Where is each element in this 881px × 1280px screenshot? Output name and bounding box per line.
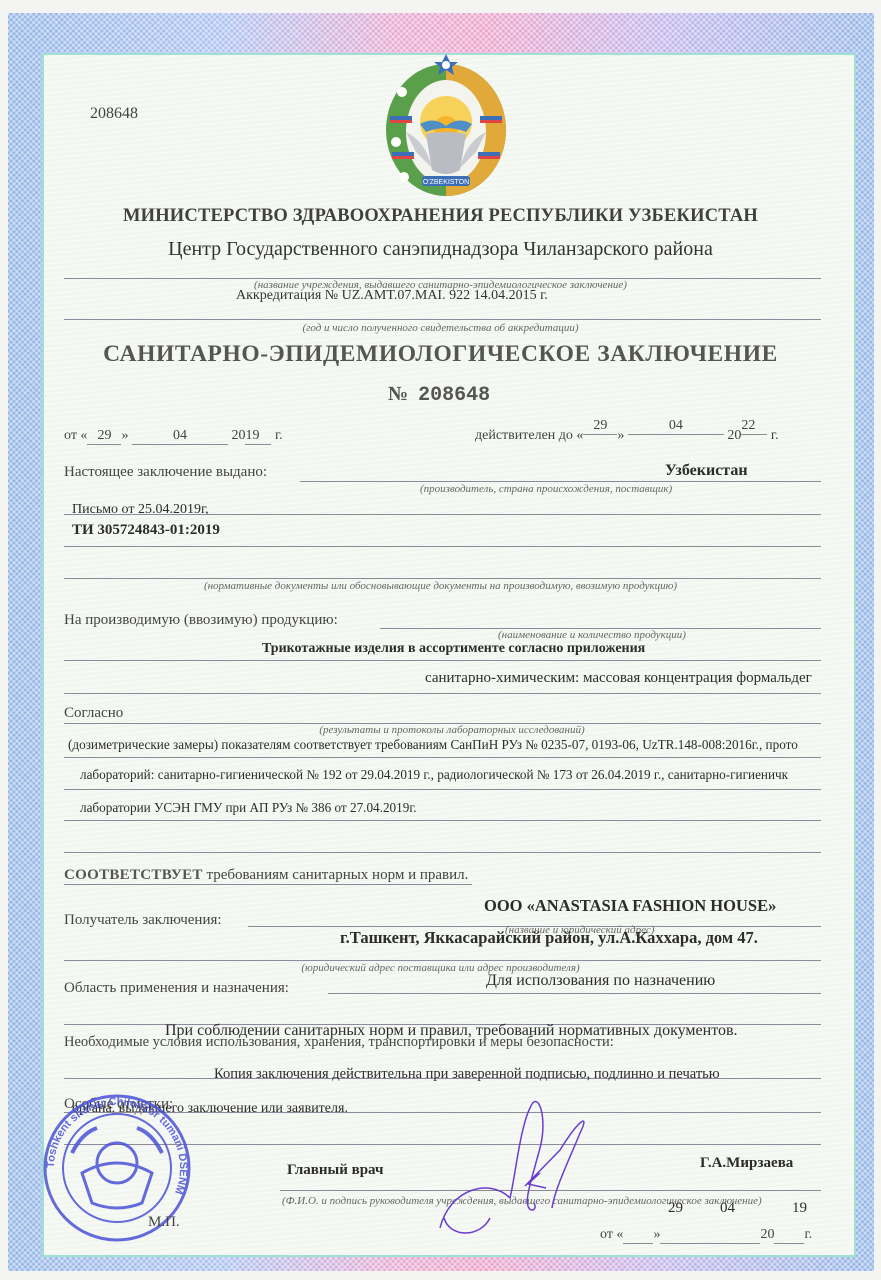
accreditation: Аккредитация № UZ.AMT.07.MAI. 922 14.04.… xyxy=(236,288,548,304)
conformity-bold: СООТВЕТСТВУЕТ xyxy=(64,867,203,883)
issue-date-mid: » xyxy=(121,428,128,443)
handwritten-signature-icon xyxy=(430,1088,610,1238)
recipient-address-underline xyxy=(64,960,821,961)
valid-until-label: действителен до « xyxy=(475,428,583,443)
copy-note: Копия заключения действительна при завер… xyxy=(214,1066,720,1083)
product-value-underline xyxy=(64,660,821,661)
issued-to-label: Настоящее заключение выдано: xyxy=(64,464,267,481)
issue-day: 29 xyxy=(87,428,121,445)
sign-date-mid: » xyxy=(653,1227,660,1242)
sign-date-line: от « » 20 г. xyxy=(600,1227,812,1244)
issue-year-prefix: 20 xyxy=(231,428,245,443)
valid-day: 29 xyxy=(583,418,617,435)
lab-underline-0 xyxy=(64,693,821,694)
lab-line-0: санитарно-химическим: массовая концентра… xyxy=(425,670,812,687)
signatory-name: Г.А.Мирзаева xyxy=(700,1155,793,1172)
lab-line-4: лаборатории УСЭН ГМУ при АП РУз № 386 от… xyxy=(80,800,417,816)
issued-to-value: Узбекистан xyxy=(665,462,748,480)
issue-date: от «29» 04 2019 г. xyxy=(64,428,283,445)
institution-name: Центр Государственного санэпиднадзора Чи… xyxy=(0,238,881,261)
accreditation-underline xyxy=(64,319,821,320)
recipient-name: ООО «ANASTASIA FASHION HOUSE» xyxy=(484,896,776,916)
lab-printed-label: Согласно xyxy=(64,705,123,722)
svg-text:O'ZBEKISTON: O'ZBEKISTON xyxy=(423,179,469,186)
basis-line-2: ТИ 305724843-01:2019 xyxy=(72,522,220,539)
basis-underline-3 xyxy=(64,578,821,579)
ministry-title: МИНИСТЕРСТВО ЗДРАВООХРАНЕНИЯ РЕСПУБЛИКИ … xyxy=(0,206,881,227)
sign-date-year-prefix: 20 xyxy=(760,1227,774,1242)
stamp-place-label: М.П. xyxy=(148,1214,180,1231)
lab-hint: (результаты и протоколы лабораторных исс… xyxy=(242,724,662,736)
lab-underline-2 xyxy=(64,757,821,758)
recipient-address-hint: (юридический адрес поставщика или адрес … xyxy=(0,962,881,974)
document-title: САНИТАРНО-ЭПИДЕМИОЛОГИЧЕСКОЕ ЗАКЛЮЧЕНИЕ xyxy=(0,341,881,368)
issue-month: 04 xyxy=(132,428,228,445)
recipient-address: г.Ташкент, Яккасарайский район, ул.А.Ках… xyxy=(340,928,758,948)
valid-month: 04 xyxy=(628,418,724,435)
issue-date-suffix: г. xyxy=(275,428,283,443)
basis-underline-1 xyxy=(64,514,821,515)
valid-year-prefix: 20 xyxy=(727,428,741,443)
lab-line-3: лабораторий: санитарно-гигиенической № 1… xyxy=(80,767,788,783)
number-value: 208648 xyxy=(418,384,490,407)
sign-year: 19 xyxy=(792,1200,807,1217)
issue-date-prefix: от « xyxy=(64,428,87,443)
sign-date-suffix: г. xyxy=(804,1227,812,1242)
svg-text:Toshkent shahar Chilonzor tuma: Toshkent shahar Chilonzor tumani DSENM xyxy=(45,1096,189,1196)
basis-line-1: Письмо от 25.04.2019г, xyxy=(72,502,209,518)
basis-underline-2 xyxy=(64,546,821,547)
lab-line-2: (дозиметрические замеры) показателям соо… xyxy=(68,737,798,753)
issue-year: 19 xyxy=(245,428,271,445)
document-number: № 208648 xyxy=(388,383,490,407)
product-hint: (наименование и количество продукции) xyxy=(498,629,686,641)
scope-value: Для исползования по назначению xyxy=(486,972,715,990)
serial-number: 208648 xyxy=(90,105,138,123)
accreditation-hint: (год и число полученного свидетельства о… xyxy=(0,322,881,334)
issued-to-hint: (производитель, страна происхождения, по… xyxy=(420,483,672,495)
product-label: На производимую (ввозимую) продукцию: xyxy=(64,612,338,629)
lab-underline-3 xyxy=(64,789,821,790)
valid-mid: » xyxy=(617,428,624,443)
scope-label: Область применения и назначения: xyxy=(64,980,289,997)
conformity-statement: СООТВЕТСТВУЕТ требованиям санитарных нор… xyxy=(64,867,472,885)
sign-month: 04 xyxy=(720,1200,735,1217)
product-value: Трикотажные изделия в ассортименте согла… xyxy=(262,641,645,657)
conditions-value: При соблюдении санитарных норм и правил,… xyxy=(165,1022,738,1040)
scope-underline xyxy=(328,993,821,994)
valid-suffix: г. xyxy=(771,428,779,443)
sign-date-prefix: от « xyxy=(600,1227,623,1242)
issued-to-underline xyxy=(300,481,821,482)
valid-year: 22 xyxy=(741,418,767,435)
lab-underline-5 xyxy=(64,852,821,853)
signatory-position: Главный врач xyxy=(287,1162,383,1179)
lab-underline-4 xyxy=(64,820,821,821)
recipient-label: Получатель заключения: xyxy=(64,912,222,929)
sign-day: 29 xyxy=(668,1200,683,1217)
conformity-rest: требованиям санитарных норм и правил. xyxy=(203,867,469,883)
number-label: № xyxy=(388,383,408,405)
state-emblem-icon: O'ZBEKISTON xyxy=(376,52,516,200)
basis-hint: (нормативные документы или обосновывающи… xyxy=(0,580,881,592)
valid-until-date: действителен до «29» 04 2022 г. xyxy=(475,428,779,445)
